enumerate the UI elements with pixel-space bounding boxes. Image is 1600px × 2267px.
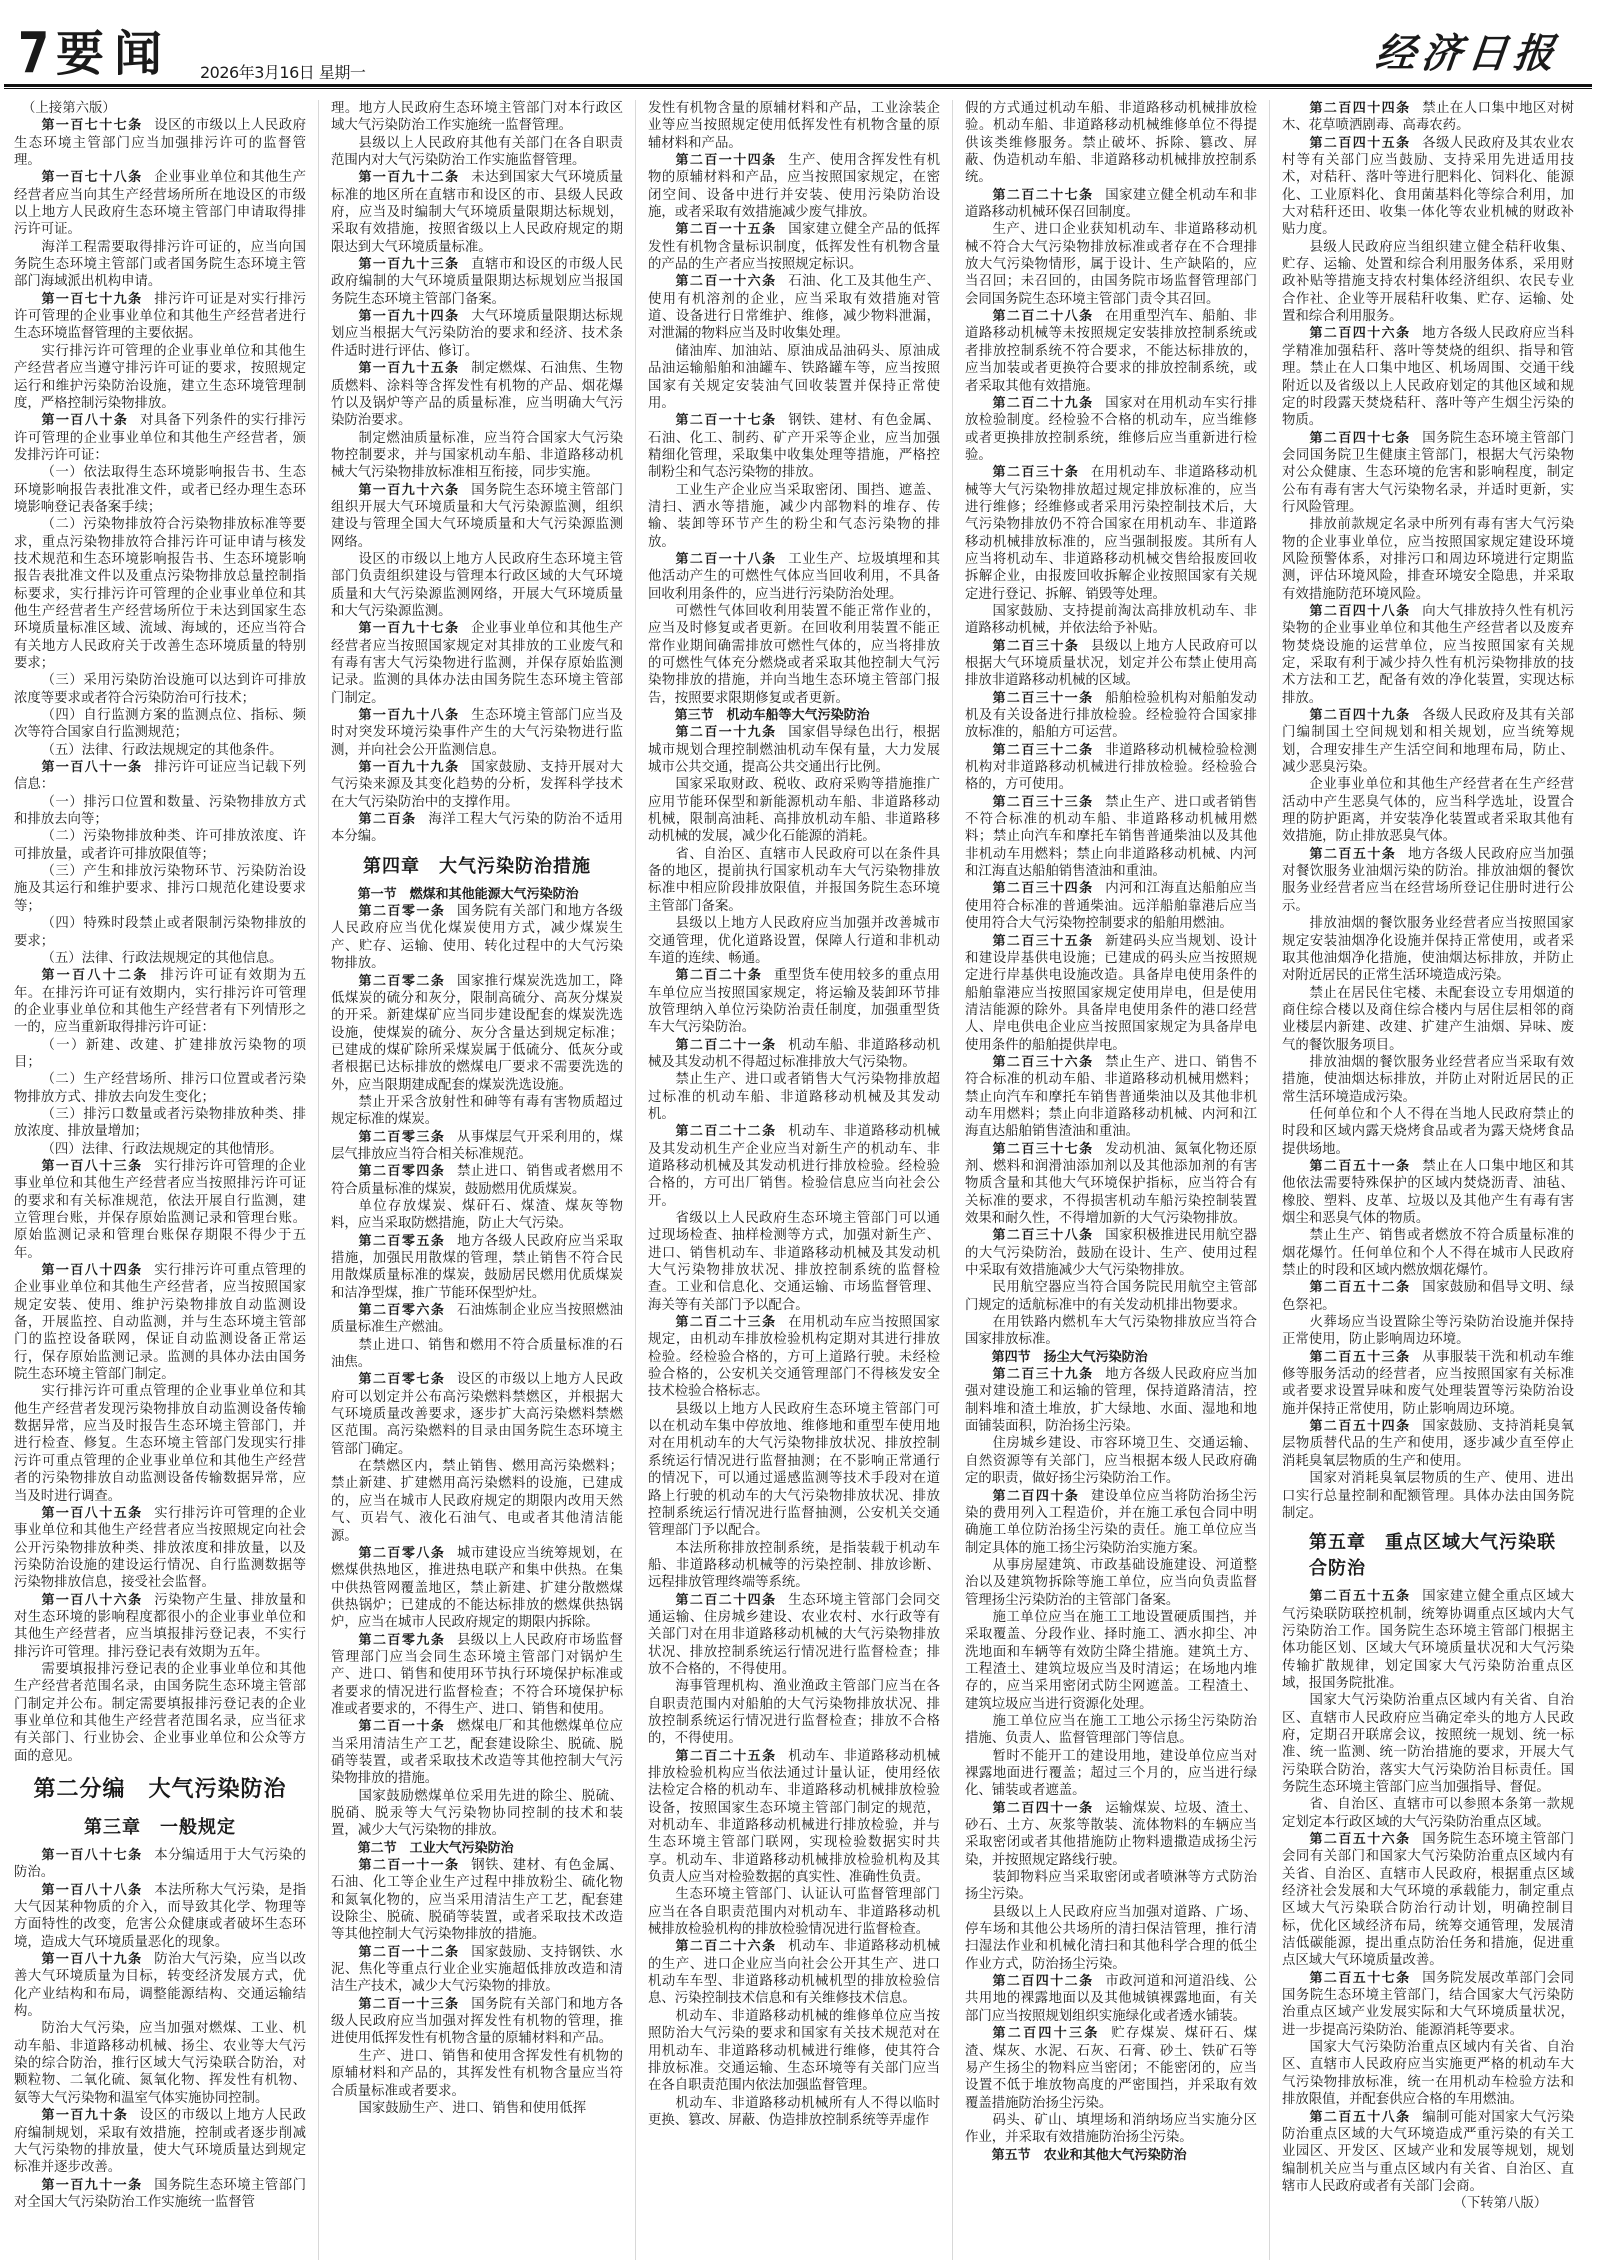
article-text: 防治大气污染，应当加强对燃煤、工业、机动车船、非道路移动机械、扬尘、农业等大气污… [14,2021,306,2105]
article-paragraph: 第一百八十八条本法所称大气污染，是指大气因某种物质的介入，而导致其化学、物理等方… [14,1882,306,1951]
article-paragraph: 排放前款规定名录中所列有毒有害大气污染物的企业事业单位，应当按照国家规定建设环境… [1282,516,1574,603]
article-text: （四）自行监测方案的监测点位、指标、频次等符合国家自行监测规范； [14,708,306,740]
article-paragraph: 国家大气污染防治重点区域内有关省、自治区、直辖市人民政府应当确定牵头的地方人民政… [1282,1692,1574,1796]
article-paragraph: 理。地方人民政府生态环境主管部门对本行政区域大气污染防治工作实施统一监督管理。 [331,100,623,135]
article-paragraph: （二）污染物排放种类、许可排放浓度、许可排放量，或者许可排放限值等； [14,828,306,863]
continued-from-note: （上接第六版） [14,100,306,117]
article-paragraph: 排放油烟的餐饮服务业经营者应当按照国家规定安装油烟净化设施并保持正常使用，或者采… [1282,915,1574,984]
article-paragraph: 第二百五十三条从事服装干洗和机动车维修等服务活动的经营者，应当按照国家有关标准或… [1282,1349,1574,1418]
article-body: （上接第六版）第一百七十七条设区的市级以上人民政府生态环境主管部门应当加强排污许… [14,100,1592,2260]
column-divider [1269,100,1270,2260]
article-paragraph: （三）排污口数量或者污染物排放种类、排放浓度、排放量增加； [14,1106,306,1141]
article-number: 第二百三十三条 [992,795,1093,810]
article-paragraph: 第二百四十一条运输煤炭、垃圾、渣土、砂石、土方、灰浆等散装、流体物料的车辆应当采… [965,1800,1257,1869]
article-paragraph: 第二百零八条城市建设应当统筹规划，在燃煤供热地区，推进热电联产和集中供热。在集中… [331,1545,623,1632]
article-paragraph: 县级以上地方人民政府生态环境主管部门可以在机动车集中停放地、维修地和重型车使用地… [648,1401,940,1540]
article-number: 第一百八十九条 [41,1952,142,1967]
article-paragraph: 第二百三十九条地方各级人民政府应当加强对建设施工和运输的管理，保持道路清洁，控制… [965,1366,1257,1435]
article-text: 省、自治区、直辖市人民政府可以在条件具备的地区，提前执行国家机动车大气污染物排放… [648,847,940,914]
article-text: 县级以上人民政府其他有关部门在各自职责范围内对大气污染防治工作实施监督管理。 [331,136,623,168]
article-paragraph: （三）产生和排放污染物环节、污染防治设施及其运行和维护要求、排污口规范化建设要求… [14,863,306,915]
article-number: 第一百七十九条 [41,292,142,307]
article-text: 禁止进口、销售和燃用不符合质量标准的石油焦。 [331,1338,623,1370]
article-text: 任何单位和个人不得在当地人民政府禁止的时段和区域内露天烧烤食品或者为露天烧烤食品… [1282,1107,1574,1157]
article-paragraph: 储油库、加油站、原油成品油码头、原油成品油运输船舶和油罐车、铁路罐车等，应当按照… [648,343,940,412]
article-paragraph: 第一百七十八条企业事业单位和其他生产经营者应当向其生产经营场所所在地设区的市级以… [14,169,306,238]
article-paragraph: 第二百四十四条禁止在人口集中地区对树木、花草喷洒剧毒、高毒农药。 [1282,100,1574,135]
article-number: 第二百五十五条 [1309,1589,1410,1604]
article-text: 省、自治区、直辖市可以参照本条第一款规定划定本行政区域的大气污染防治重点区域。 [1282,1797,1574,1829]
article-paragraph: 第一百九十八条生态环境主管部门应当及时对突发环境污染事件产生的大气污染物进行监测… [331,707,623,759]
article-text: 国家采取财政、税收、政府采购等措施推广应用节能环保型和新能源机动车船、非道路移动… [648,777,940,844]
article-paragraph: （一）新建、改建、扩建排放污染物的项目； [14,1037,306,1072]
article-text: 国家大气污染防治重点区域内有关省、自治区、直辖市人民政府应当实施更严格的机动车大… [1282,2040,1574,2107]
article-text: 施工单位应当在施工工地公示扬尘污染防治措施、负责人、监督管理部门等信息。 [965,1714,1257,1746]
article-number: 第一百八十三条 [41,1159,142,1174]
article-number: 第二百四十二条 [992,1974,1093,1989]
article-text: 生产、进口企业获知机动车、非道路移动机械不符合大气污染物排放标准或者存在不合理排… [965,222,1257,306]
column-divider [635,100,636,2260]
article-number: 第一百八十五条 [41,1506,142,1521]
article-number: 第二百零九条 [358,1633,445,1648]
article-paragraph: 县级以上人民政府应当加强对道路、广场、停车场和其他公共场所的清扫保洁管理，推行清… [965,1904,1257,1973]
article-text: 设区的市级以上地方人民政府生态环境主管部门负责组织建设与管理本行政区域的大气环境… [331,552,623,619]
article-paragraph: 第二百一十条燃煤电厂和其他燃煤单位应当采用清洁生产工艺，配套建设除尘、脱硫、脱硝… [331,1718,623,1787]
article-text: 国务院生态环境主管部门会同有关部门和国家大气污染防治重点区域内有关省、自治区、直… [1282,1832,1574,1968]
article-paragraph: 第二百零二条国家推行煤炭洗选加工，降低煤炭的硫分和灰分，限制高硫分、高灰分煤炭的… [331,973,623,1094]
article-text: 单位存放煤炭、煤矸石、煤渣、煤灰等物料，应当采取防燃措施，防止大气污染。 [331,1199,623,1231]
article-paragraph: （一）依法取得生态环境影响报告书、生态环境影响报告表批准文件，或者已经办理生态环… [14,464,306,516]
article-paragraph: 第二百三十五条新建码头应当规划、设计和建设岸基供电设施；已建成的码头应当按照规定… [965,933,1257,1054]
article-text: （四）法律、行政法规规定的其他情形。 [41,1142,282,1157]
article-paragraph: 第二百五十条地方各级人民政府应当加强对餐饮服务业油烟污染的防治。排放油烟的餐饮服… [1282,846,1574,915]
article-text: 禁止生产、进口或者销售大气污染物排放超过标准的机动车船、非道路移动机械及其发动机… [648,1072,940,1122]
article-paragraph: 本法所称排放控制系统，是指装载于机动车船、非道路移动机械等的污染控制、排放诊断、… [648,1540,940,1592]
article-text: （五）法律、行政法规规定的其他条件。 [41,743,282,758]
article-number: 第二百一十六条 [675,274,776,289]
article-text: 县级以上人民政府应当加强对道路、广场、停车场和其他公共场所的清扫保洁管理，推行清… [965,1905,1257,1972]
chapter-heading: 第三章 一般规定 [14,1815,306,1841]
article-paragraph: 第二百四十六条地方各级人民政府应当科学精准加强秸秆、落叶等焚烧的组织、指导和管理… [1282,325,1574,429]
article-text: 暂时不能开工的建设用地，建设单位应当对裸露地面进行覆盖；超过三个月的，应当进行绿… [965,1749,1257,1799]
article-paragraph: 第二百二十六条机动车、非道路移动机械的生产、进口企业应当向社会公开其生产、进口机… [648,1938,940,2007]
article-text: 实行排污许可管理的企业事业单位和其他生产经营者应当按照排污许可证的要求和有关标准… [14,1159,306,1261]
article-paragraph: 禁止进口、销售和燃用不符合质量标准的石油焦。 [331,1337,623,1372]
article-number: 第二百三十条 [992,465,1079,480]
article-paragraph: 住房城乡建设、市容环境卫生、交通运输、自然资源等有关部门，应当根据本级人民政府确… [965,1435,1257,1487]
article-paragraph: 实行排污许可管理的企业事业单位和其他生产经营者应当遵守排污许可证的要求，按照规定… [14,343,306,412]
column-2: 理。地方人民政府生态环境主管部门对本行政区域大气污染防治工作实施统一监督管理。县… [331,100,623,2260]
article-text: 从事房屋建筑、市政基础设施建设、河道整治以及建筑物拆除等施工单位，应当向负责监督… [965,1558,1257,1608]
article-text: （二）污染物排放符合污染物排放标准等要求，重点污染物排放符合排污许可证申请与核发… [14,517,306,671]
article-paragraph: 施工单位应当在施工工地公示扬尘污染防治措施、负责人、监督管理部门等信息。 [965,1713,1257,1748]
article-text: 在禁燃区内，禁止销售、燃用高污染燃料；禁止新建、扩建燃用高污染燃料的设施，已建成… [331,1459,623,1543]
article-paragraph: 第二百二十八条在用重型汽车、船舶、非道路移动机械等未按照规定安装排放控制系统或者… [965,308,1257,395]
article-paragraph: 工业生产企业应当采取密闭、围挡、遮盖、清扫、洒水等措施，减少内部物料的堆存、传输… [648,482,940,551]
article-paragraph: 第二百五十二条国家鼓励和倡导文明、绿色祭祀。 [1282,1279,1574,1314]
article-text: 码头、矿山、填埋场和消纳场应当实施分区作业，并采取有效措施防治扬尘污染。 [965,2113,1257,2145]
article-paragraph: 第一百九十二条未达到国家大气环境质量标准的地区所在直辖市和设区的市、县级人民政府… [331,169,623,256]
article-paragraph: 禁止在居民住宅楼、未配套设立专用烟道的商住综合楼以及商住综合楼内与居住层相邻的商… [1282,985,1574,1054]
article-text: （三）排污口数量或者污染物排放种类、排放浓度、排放量增加； [14,1107,306,1139]
article-number: 第二百五十八条 [1309,2110,1410,2125]
article-text: 需要填报排污登记表的企业事业单位和其他生产经营者范围名录，由国务院生态环境主管部… [14,1662,306,1764]
article-text: 火葬场应当设置除尘等污染防治设施并保持正常使用，防止影响周边环境。 [1282,1315,1574,1347]
article-paragraph: 第一百八十九条防治大气污染，应当以改善大气环境质量为目标，转变经济发展方式，优化… [14,1951,306,2020]
article-text: 排放前款规定名录中所列有毒有害大气污染物的企业事业单位，应当按照国家规定建设环境… [1282,517,1574,601]
section-heading: 第一节 燃煤和其他能源大气污染防治 [331,886,623,903]
article-text: 实行排污许可管理的企业事业单位和其他生产经营者应当遵守排污许可证的要求，按照规定… [14,344,306,411]
article-number: 第二百二十八条 [992,309,1093,324]
article-paragraph: 施工单位应当在施工工地设置硬质围挡，并采取覆盖、分段作业、择时施工、洒水抑尘、冲… [965,1609,1257,1713]
article-paragraph: 第一百九十四条大气环境质量限期达标规划应当根据大气污染防治的要求和经济、技术条件… [331,308,623,360]
article-paragraph: （四）自行监测方案的监测点位、指标、频次等符合国家自行监测规范； [14,707,306,742]
article-number: 第二百五十七条 [1309,1971,1410,1986]
article-number: 第二百一十五条 [675,222,776,237]
article-paragraph: 第一百九十九条国家鼓励、支持开展对大气污染来源及其变化趋势的分析，发挥科学技术在… [331,759,623,811]
article-paragraph: 排放油烟的餐饮服务业经营者应当采取有效措施，使油烟达标排放，并防止对附近居民的正… [1282,1054,1574,1106]
article-paragraph: 第二百一十三条国务院有关部门和地方各级人民政府应当加强对挥发性有机物的管理，推进… [331,1996,623,2048]
article-paragraph: 县级以上人民政府其他有关部门在各自职责范围内对大气污染防治工作实施监督管理。 [331,135,623,170]
article-paragraph: 第二百五十七条国务院发展改革部门会同国务院生态环境主管部门，结合国家大气污染防治… [1282,1970,1574,2039]
article-paragraph: 第二百零四条禁止进口、销售或者燃用不符合质量标准的煤炭，鼓励燃用优质煤炭。 [331,1163,623,1198]
article-text: （三）采用污染防治设施可以达到许可排放浓度等要求或者符合污染防治可行技术； [14,673,306,705]
article-paragraph: 第一百八十三条实行排污许可管理的企业事业单位和其他生产经营者应当按照排污许可证的… [14,1158,306,1262]
article-paragraph: 设区的市级以上地方人民政府生态环境主管部门负责组织建设与管理本行政区域的大气环境… [331,551,623,620]
article-text: 民用航空器应当符合国务院民用航空主管部门规定的适航标准中的有关发动机排出物要求。 [965,1280,1257,1312]
article-number: 第二百五十条 [1309,847,1396,862]
article-text: 国家大气污染防治重点区域内有关省、自治区、直辖市人民政府应当确定牵头的地方人民政… [1282,1693,1574,1795]
header-rule-thin [4,88,1592,89]
article-paragraph: 第二百一十一条钢铁、建材、有色金属、石油、化工等企业生产过程中排放粉尘、硫化物和… [331,1857,623,1944]
article-text: （五）法律、行政法规规定的其他信息。 [41,951,282,966]
article-paragraph: （一）排污口位置和数量、污染物排放方式和排放去向等； [14,794,306,829]
article-text: 国家对消耗臭氧层物质的生产、使用、进出口实行总量控制和配额管理。具体办法由国务院… [1282,1471,1574,1521]
article-number: 第二百五十二条 [1309,1280,1410,1295]
article-number: 第二百三十四条 [992,881,1093,896]
article-text: （四）特殊时段禁止或者限制污染物排放的要求； [14,916,306,948]
article-text: 向大气排放持久性有机污染物的企业事业单位和其他生产经营者以及废弃物焚烧设施的运营… [1282,604,1574,706]
article-paragraph: 第二百三十七条发动机油、氮氧化物还原剂、燃料和润滑油添加剂以及其他添加剂的有害物… [965,1141,1257,1228]
article-paragraph: 第二百条海洋工程大气污染的防治不适用本分编。 [331,811,623,846]
article-paragraph: 企业事业单位和其他生产经营者在生产经营活动中产生恶臭气体的，应当科学选址，设置合… [1282,776,1574,845]
article-paragraph: 禁止生产、进口或者销售大气污染物排放超过标准的机动车船、非道路移动机械及其发动机… [648,1071,940,1123]
article-paragraph: 第一百九十三条直辖市和设区的市级人民政府编制的大气环境质量限期达标规划应当报国务… [331,256,623,308]
article-paragraph: 第二百一十九条国家倡导绿色出行，根据城市规划合理控制燃油机动车保有量，大力发展城… [648,724,940,776]
article-paragraph: 可燃性气体回收利用装置不能正常作业的，应当及时修复或者更新。在回收利用装置不能正… [648,603,940,707]
article-paragraph: 第二百五十一条禁止在人口集中地区和其他依法需要特殊保护的区域内焚烧沥青、油毡、橡… [1282,1158,1574,1227]
article-paragraph: 第二百四十五条各级人民政府及其农业农村等有关部门应当鼓励、支持采用先进适用技术，… [1282,135,1574,239]
article-paragraph: 第二百三十四条内河和江海直达船舶应当使用符合标准的普通柴油。远洋船舶靠港后应当使… [965,880,1257,932]
article-number: 第二百一十三条 [358,1997,459,2012]
article-number: 第二百二十一条 [675,1038,776,1053]
article-number: 第二百零七条 [358,1372,445,1387]
article-number: 第二百四十八条 [1309,604,1410,619]
article-paragraph: 第二百零六条石油炼制企业应当按照燃油质量标准生产燃油。 [331,1302,623,1337]
article-number: 第二百零五条 [358,1234,445,1249]
article-paragraph: 第二百三十二条非道路移动机械检验检测机构对非道路移动机械进行排放检验。经检验合格… [965,742,1257,794]
article-paragraph: 国家鼓励生产、进口、销售和使用低挥 [331,2100,623,2117]
article-paragraph: 码头、矿山、填埋场和消纳场应当实施分区作业，并采取有效措施防治扬尘污染。 [965,2112,1257,2147]
article-number: 第一百七十七条 [41,118,142,133]
article-paragraph: 第一百七十九条排污许可证是对实行排污许可管理的企业事业单位和其他生产经营者进行生… [14,291,306,343]
article-paragraph: 需要填报排污登记表的企业事业单位和其他生产经营者范围名录，由国务院生态环境主管部… [14,1661,306,1765]
article-paragraph: 第一百七十七条设区的市级以上人民政府生态环境主管部门应当加强排污许可的监督管理。 [14,117,306,169]
article-text: 可燃性气体回收利用装置不能正常作业的，应当及时修复或者更新。在回收利用装置不能正… [648,604,940,706]
article-number: 第二百五十六条 [1309,1832,1410,1847]
column-1: （上接第六版）第一百七十七条设区的市级以上人民政府生态环境主管部门应当加强排污许… [14,100,306,2260]
article-number: 第二百一十九条 [675,725,776,740]
article-number: 第二百零一条 [358,904,445,919]
article-paragraph: 第二百三十三条禁止生产、进口或者销售不符合标准的机动车船、非道路移动机械用燃料；… [965,794,1257,881]
article-paragraph: 县级以上地方人民政府应当加强并改善城市交通管理，优化道路设置，保障人行道和非机动… [648,915,940,967]
article-paragraph: 海洋工程需要取得排污许可证的，应当向国务院生态环境主管部门或者国务院生态环境主管… [14,239,306,291]
article-paragraph: 第一百九十七条企业事业单位和其他生产经营者应当按照国家规定对其排放的工业废气和有… [331,620,623,707]
article-paragraph: 民用航空器应当符合国务院民用航空主管部门规定的适航标准中的有关发动机排出物要求。 [965,1279,1257,1314]
article-text: 海事管理机构、渔业渔政主管部门应当在各自职责范围内对船舶的大气污染物排放状况、排… [648,1679,940,1746]
article-paragraph: 实行排污许可重点管理的企业事业单位和其他生产经营者发现污染物排放自动监测设备传输… [14,1383,306,1504]
article-text: 装卸物料应当采取密闭或者喷淋等方式防治扬尘污染。 [965,1870,1257,1902]
article-paragraph: 第二百零五条地方各级人民政府应当采取措施，加强民用散煤的管理，禁止销售不符合民用… [331,1233,623,1302]
article-paragraph: 第一百八十七条本分编适用于大气污染的防治。 [14,1847,306,1882]
article-text: 国家推行煤炭洗选加工，降低煤炭的硫分和灰分，限制高硫分、高灰分煤炭的开采。新建煤… [331,974,623,1093]
article-paragraph: 第二百二十一条机动车船、非道路移动机械及其发动机不得超过标准排放大气污染物。 [648,1037,940,1072]
section-title: 要闻 [56,26,172,82]
article-text: 住房城乡建设、市容环境卫生、交通运输、自然资源等有关部门，应当根据本级人民政府确… [965,1436,1257,1486]
article-paragraph: 第二百三十条县级以上地方人民政府可以根据大气环境质量状况，划定并公布禁止使用高排… [965,638,1257,690]
article-number: 第二百零四条 [358,1164,445,1179]
article-text: 实行排污许可重点管理的企业事业单位和其他生产经营者发现污染物排放自动监测设备传输… [14,1384,306,1503]
newspaper-logo: 经济日报 [1373,22,1563,79]
article-number: 第一百八十八条 [41,1883,142,1898]
article-number: 第二百二十六条 [675,1939,776,1954]
header-rule [4,84,1592,87]
article-text: （一）排污口位置和数量、污染物排放方式和排放去向等； [14,795,306,827]
article-paragraph: 假的方式通过机动车船、非道路移动机械排放检验。机动车船、非道路移动机械维修单位不… [965,100,1257,187]
chapter-heading: 第五章 重点区域大气污染联合防治 [1282,1530,1574,1582]
article-paragraph: 第二百零九条县级以上人民政府市场监督管理部门应当会同生态环境主管部门对锅炉生产、… [331,1632,623,1719]
article-number: 第二百二十七条 [992,188,1093,203]
article-paragraph: 机动车、非道路移动机械所有人不得以临时更换、篡改、屏蔽、伪造排放控制系统等弄虚作 [648,2095,940,2130]
article-number: 第一百七十八条 [41,170,142,185]
article-paragraph: 第二百四十二条市政河道和河道沿线、公共用地的裸露地面以及其他城镇裸露地面，有关部… [965,1973,1257,2025]
article-number: 第二百一十条 [358,1719,445,1734]
article-paragraph: 第二百三十一条船舶检验机构对船舶发动机及有关设备进行排放检验。经检验符合国家排放… [965,690,1257,742]
article-number: 第二百三十六条 [992,1055,1093,1070]
article-number: 第二百二十九条 [992,396,1093,411]
article-number: 第二百零三条 [358,1130,445,1145]
article-paragraph: 第二百一十七条钢铁、建材、有色金属、石油、化工、制药、矿产开采等企业，应当加强精… [648,412,940,481]
article-paragraph: 第一百九十一条国务院生态环境主管部门对全国大气污染防治工作实施统一监督管 [14,2177,306,2212]
article-paragraph: 第二百四十条建设单位应当将防治扬尘污染的费用列入工程造价，并在施工承包合同中明确… [965,1488,1257,1557]
article-text: 国家鼓励、支持提前淘汰高排放机动车、非道路移动机械，并依法给予补贴。 [965,604,1257,636]
article-paragraph: 制定燃油质量标准，应当符合国家大气污染物控制要求，并与国家机动车船、非道路移动机… [331,430,623,482]
chapter-heading: 第四章 大气污染防治措施 [331,854,623,880]
article-text: 禁止生产、销售或者燃放不符合质量标准的烟花爆竹。任何单位和个人不得在城市人民政府… [1282,1228,1574,1278]
article-text: 本法所称排放控制系统，是指装载于机动车船、非道路移动机械等的污染控制、排放诊断、… [648,1541,940,1591]
article-paragraph: 第二百一十六条石油、化工及其他生产、使用有机溶剂的企业，应当采取有效措施对管道、… [648,273,940,342]
part-heading: 第二分编 大气污染防治 [14,1775,306,1805]
article-number: 第二百四十五条 [1309,136,1410,151]
article-text: 海洋工程需要取得排污许可证的，应当向国务院生态环境主管部门或者国务院生态环境主管… [14,240,306,290]
article-paragraph: 装卸物料应当采取密闭或者喷淋等方式防治扬尘污染。 [965,1869,1257,1904]
article-number: 第二百五十一条 [1309,1159,1410,1174]
article-paragraph: 省、自治区、直辖市人民政府可以在条件具备的地区，提前执行国家机动车大气污染物排放… [648,846,940,915]
article-number: 第一百八十四条 [41,1263,142,1278]
article-paragraph: 第一百九十六条国务院生态环境主管部门组织开展大气环境质量和大气污染源监测，组织建… [331,482,623,551]
article-number: 第一百九十四条 [358,309,459,324]
article-paragraph: 发性有机物含量的原辅材料和产品，工业涂装企业等应当按照规定使用低挥发性有机物含量… [648,100,940,152]
article-text: （三）产生和排放污染物环节、污染防治设施及其运行和维护要求、排污口规范化建设要求… [14,864,306,914]
article-number: 第二百四十三条 [992,2026,1099,2041]
article-number: 第二百三十九条 [992,1367,1093,1382]
article-number: 第二百三十二条 [992,743,1093,758]
article-text: 企业事业单位和其他生产经营者在生产经营活动中产生恶臭气体的，应当科学选址，设置合… [1282,777,1574,844]
article-paragraph: 第二百零一条国务院有关部门和地方各级人民政府应当优化煤炭使用方式，减少煤炭生产、… [331,903,623,972]
article-number: 第二百二十四条 [675,1593,776,1608]
article-number: 第二百三十八条 [992,1228,1093,1243]
article-text: 国家鼓励生产、进口、销售和使用低挥 [358,2101,586,2116]
article-text: （一）依法取得生态环境影响报告书、生态环境影响报告表批准文件，或者已经办理生态环… [14,465,306,515]
article-number: 第一百九十一条 [41,2178,142,2193]
article-paragraph: 生产、进口、销售和使用含挥发性有机物的原辅材料和产品的，其挥发性有机物含量应当符… [331,2048,623,2100]
article-text: 地方各级人民政府应当科学精准加强秸秆、落叶等焚烧的组织、指导和管理。禁止在人口集… [1282,326,1574,428]
article-number: 第二百四十条 [992,1489,1079,1504]
article-text: 省级以上人民政府生态环境主管部门可以通过现场检查、抽样检测等方式，加强对新生产、… [648,1211,940,1313]
article-number: 第二百零二条 [358,974,445,989]
article-paragraph: 第一百九十条设区的市级以上地方人民政府编制规划，采取有效措施，控制或者逐步削减大… [14,2107,306,2176]
article-text: 生产、进口、销售和使用含挥发性有机物的原辅材料和产品的，其挥发性有机物含量应当符… [331,2049,623,2099]
article-paragraph: 第二百一十四条生产、使用含挥发性有机物的原辅材料和产品，应当按照国家规定，在密闭… [648,152,940,221]
article-text: 县级以上地方人民政府生态环境主管部门可以在机动车集中停放地、维修地和重型车使用地… [648,1402,940,1538]
article-text: 工业生产企业应当采取密闭、围挡、遮盖、清扫、洒水等措施，减少内部物料的堆存、传输… [648,483,940,550]
article-text: （二）生产经营场所、排污口位置或者污染物排放方式、排放去向发生变化； [14,1072,306,1104]
article-paragraph: （五）法律、行政法规规定的其他条件。 [14,742,306,759]
article-paragraph: 从事房屋建筑、市政基础设施建设、河道整治以及建筑物拆除等施工单位，应当向负责监督… [965,1557,1257,1609]
article-number: 第一百九十二条 [358,170,459,185]
article-number: 第二百四十六条 [1309,326,1410,341]
article-paragraph: 第二百二十七条国家建立健全机动车和非道路移动机械环保召回制度。 [965,187,1257,222]
article-number: 第二百四十一条 [992,1801,1093,1816]
article-number: 第二百三十五条 [992,934,1093,949]
article-number: 第二百一十八条 [675,552,776,567]
article-number: 第二百五十三条 [1309,1350,1410,1365]
article-number: 第一百八十二条 [41,968,148,983]
article-text: 国家建立健全重点区域大气污染联防联控机制，统筹协调重点区域内大气污染防治工作。国… [1282,1589,1574,1691]
article-text: 实行排污许可重点管理的企业事业单位和其他生产经营者，应当按照国家规定安装、使用、… [14,1263,306,1382]
article-text: 制定燃油质量标准，应当符合国家大气污染物控制要求，并与国家机动车船、非道路移动机… [331,431,623,481]
article-paragraph: 第二百二十三条在用机动车应当按照国家规定，由机动车排放检验机构定期对其进行排放检… [648,1314,940,1401]
article-number: 第一百八十条 [41,413,128,428]
article-paragraph: 国家对消耗臭氧层物质的生产、使用、进出口实行总量控制和配额管理。具体办法由国务院… [1282,1470,1574,1522]
article-paragraph: 第二百零三条从事煤层气开采利用的，煤层气排放应当符合相关标准规范。 [331,1129,623,1164]
article-paragraph: 县级人民政府应当组织建立健全秸秆收集、贮存、运输、处置和综合利用服务体系，采用财… [1282,239,1574,326]
article-text: 禁止在居民住宅楼、未配套设立专用烟道的商住综合楼以及商住综合楼内与居住层相邻的商… [1282,986,1574,1053]
article-text: 理。地方人民政府生态环境主管部门对本行政区域大气污染防治工作实施统一监督管理。 [331,101,623,133]
article-text: 机动车、非道路移动机械排放检验机构应当依法通过计量认证，使用经依法检定合格的机动… [648,1749,940,1885]
article-paragraph: 生产、进口企业获知机动车、非道路移动机械不符合大气污染物排放标准或者存在不合理排… [965,221,1257,308]
section-heading: 第三节 机动车船等大气污染防治 [648,707,940,724]
article-number: 第二百一十一条 [358,1858,459,1873]
article-text: 新建码头应当规划、设计和建设岸基供电设施；已建成的码头应当按照规定进行岸基供电设… [965,934,1257,1053]
article-paragraph: （五）法律、行政法规规定的其他信息。 [14,950,306,967]
column-3: 发性有机物含量的原辅材料和产品，工业涂装企业等应当按照规定使用低挥发性有机物含量… [648,100,940,2260]
section-heading: 第五节 农业和其他大气污染防治 [965,2147,1257,2164]
article-paragraph: （二）污染物排放符合污染物排放标准等要求，重点污染物排放符合排污许可证申请与核发… [14,516,306,672]
article-paragraph: 第二百二十条重型货车使用较多的重点用车单位应当按照国家规定，将运输及装卸环节排放… [648,967,940,1036]
issue-date: 2026年3月16日 星期一 [200,60,365,83]
article-paragraph: 国家鼓励、支持提前淘汰高排放机动车、非道路移动机械，并依法给予补贴。 [965,603,1257,638]
article-number: 第二百五十四条 [1309,1419,1410,1434]
article-text: （二）污染物排放种类、许可排放浓度、许可排放量，或者许可排放限值等； [14,829,306,861]
article-number: 第二百零六条 [358,1303,445,1318]
article-number: 第一百九十五条 [358,361,459,376]
article-number: 第二百一十四条 [675,153,776,168]
article-paragraph: 国家采取财政、税收、政府采购等措施推广应用节能环保型和新能源机动车船、非道路移动… [648,776,940,845]
article-text: 县级以上地方人民政府应当加强并改善城市交通管理，优化道路设置，保障人行道和非机动… [648,916,940,966]
article-paragraph: 第二百二十二条机动车、非道路移动机械及其发动机生产企业应当对新生产的机动车、非道… [648,1123,940,1210]
article-number: 第二百三十七条 [992,1142,1093,1157]
article-number: 第二百一十七条 [675,413,776,428]
article-text: 施工单位应当在施工工地设置硬质围挡，并采取覆盖、分段作业、择时施工、洒水抑尘、冲… [965,1610,1257,1712]
article-number: 第一百八十七条 [41,1848,142,1863]
article-paragraph: 第一百九十五条制定燃煤、石油焦、生物质燃料、涂料等含挥发性有机物的产品、烟花爆竹… [331,360,623,429]
article-paragraph: 禁止生产、销售或者燃放不符合质量标准的烟花爆竹。任何单位和个人不得在城市人民政府… [1282,1227,1574,1279]
article-paragraph: 第二百二十五条机动车、非道路移动机械排放检验机构应当依法通过计量认证，使用经依法… [648,1748,940,1887]
article-number: 第二百二十条 [675,968,762,983]
article-paragraph: 第二百一十五条国家建立健全产品的低挥发性有机物含量标识制度，低挥发性有机物含量的… [648,221,940,273]
article-paragraph: 第二百四十八条向大气排放持久性有机污染物的企业事业单位和其他生产经营者以及废弃物… [1282,603,1574,707]
article-number: 第一百九十七条 [358,621,459,636]
article-paragraph: 国家鼓励燃煤单位采用先进的除尘、脱硫、脱硝、脱汞等大气污染物协同控制的技术和装置… [331,1788,623,1840]
article-number: 第二百零八条 [358,1546,445,1561]
column-divider [318,100,319,2260]
article-paragraph: 国家大气污染防治重点区域内有关省、自治区、直辖市人民政府应当实施更严格的机动车大… [1282,2039,1574,2108]
article-number: 第一百九十条 [41,2108,128,2123]
masthead: 7 要闻 2026年3月16日 星期一 经济日报 [0,0,1600,88]
article-paragraph: 海事管理机构、渔业渔政主管部门应当在各自职责范围内对船舶的大气污染物排放状况、排… [648,1678,940,1747]
article-paragraph: 第二百五十四条国家鼓励、支持消耗臭氧层物质替代品的生产和使用，逐步减少直至停止消… [1282,1418,1574,1470]
article-paragraph: 第二百五十八条编制可能对国家大气污染防治重点区域的大气环境造成严重污染的有关工业… [1282,2109,1574,2196]
article-paragraph: 第一百八十条对具备下列条件的实行排污许可管理的企业事业单位和其他生产经营者，颁发… [14,412,306,464]
article-paragraph: 第一百八十一条排污许可证应当记载下列信息： [14,759,306,794]
article-number: 第二百二十三条 [675,1315,776,1330]
article-paragraph: 第二百一十二条国家鼓励、支持钢铁、水泥、焦化等重点行业企业实施超低排放改造和清洁… [331,1944,623,1996]
article-paragraph: 第一百八十五条实行排污许可管理的企业事业单位和其他生产经营者应当按照规定向社会公… [14,1505,306,1592]
article-number: 第一百九十八条 [358,708,459,723]
section-heading: 第四节 扬尘大气污染防治 [965,1349,1257,1366]
article-paragraph: 第二百四十七条国务院生态环境主管部门会同国务院卫生健康主管部门，根据大气污染物对… [1282,430,1574,517]
article-paragraph: 单位存放煤炭、煤矸石、煤渣、煤灰等物料，应当采取防燃措施，防止大气污染。 [331,1198,623,1233]
article-paragraph: （四）法律、行政法规规定的其他情形。 [14,1141,306,1158]
article-number: 第一百九十三条 [358,257,459,272]
article-paragraph: 第二百四十九条各级人民政府及其有关部门编制国土空间规划和相关规划，应当统筹规划，… [1282,707,1574,776]
article-paragraph: 第一百八十四条实行排污许可重点管理的企业事业单位和其他生产经营者，应当按照国家规… [14,1262,306,1383]
article-paragraph: （二）生产经营场所、排污口位置或者污染物排放方式、排放去向发生变化； [14,1071,306,1106]
article-paragraph: 防治大气污染，应当加强对燃煤、工业、机动车船、非道路移动机械、扬尘、农业等大气污… [14,2020,306,2107]
article-number: 第二百条 [358,812,416,827]
article-paragraph: （三）采用污染防治设施可以达到许可排放浓度等要求或者符合污染防治可行技术； [14,672,306,707]
article-number: 第二百三十条 [992,639,1079,654]
article-paragraph: 在用铁路内燃机车大气污染物排放应当符合国家排放标准。 [965,1314,1257,1349]
article-text: 国家鼓励燃煤单位采用先进的除尘、脱硫、脱硝、脱汞等大气污染物协同控制的技术和装置… [331,1789,623,1839]
article-paragraph: 第二百三十六条禁止生产、进口、销售不符合标准的机动车船、非道路移动机械用燃料；禁… [965,1054,1257,1141]
article-paragraph: 第二百二十九条国家对在用机动车实行排放检验制度。经检验不合格的机动车，应当维修或… [965,395,1257,464]
article-paragraph: 第二百二十四条生态环境主管部门会同交通运输、住房城乡建设、农业农村、水行政等有关… [648,1592,940,1679]
article-paragraph: 第二百五十六条国务院生态环境主管部门会同有关部门和国家大气污染防治重点区域内有关… [1282,1831,1574,1970]
column-5: 第二百四十四条禁止在人口集中地区对树木、花草喷洒剧毒、高毒农药。第二百四十五条各… [1282,100,1574,2260]
article-paragraph: 第一百八十六条污染物产生量、排放量和对生态环境的影响程度都很小的企业事业单位和其… [14,1592,306,1661]
